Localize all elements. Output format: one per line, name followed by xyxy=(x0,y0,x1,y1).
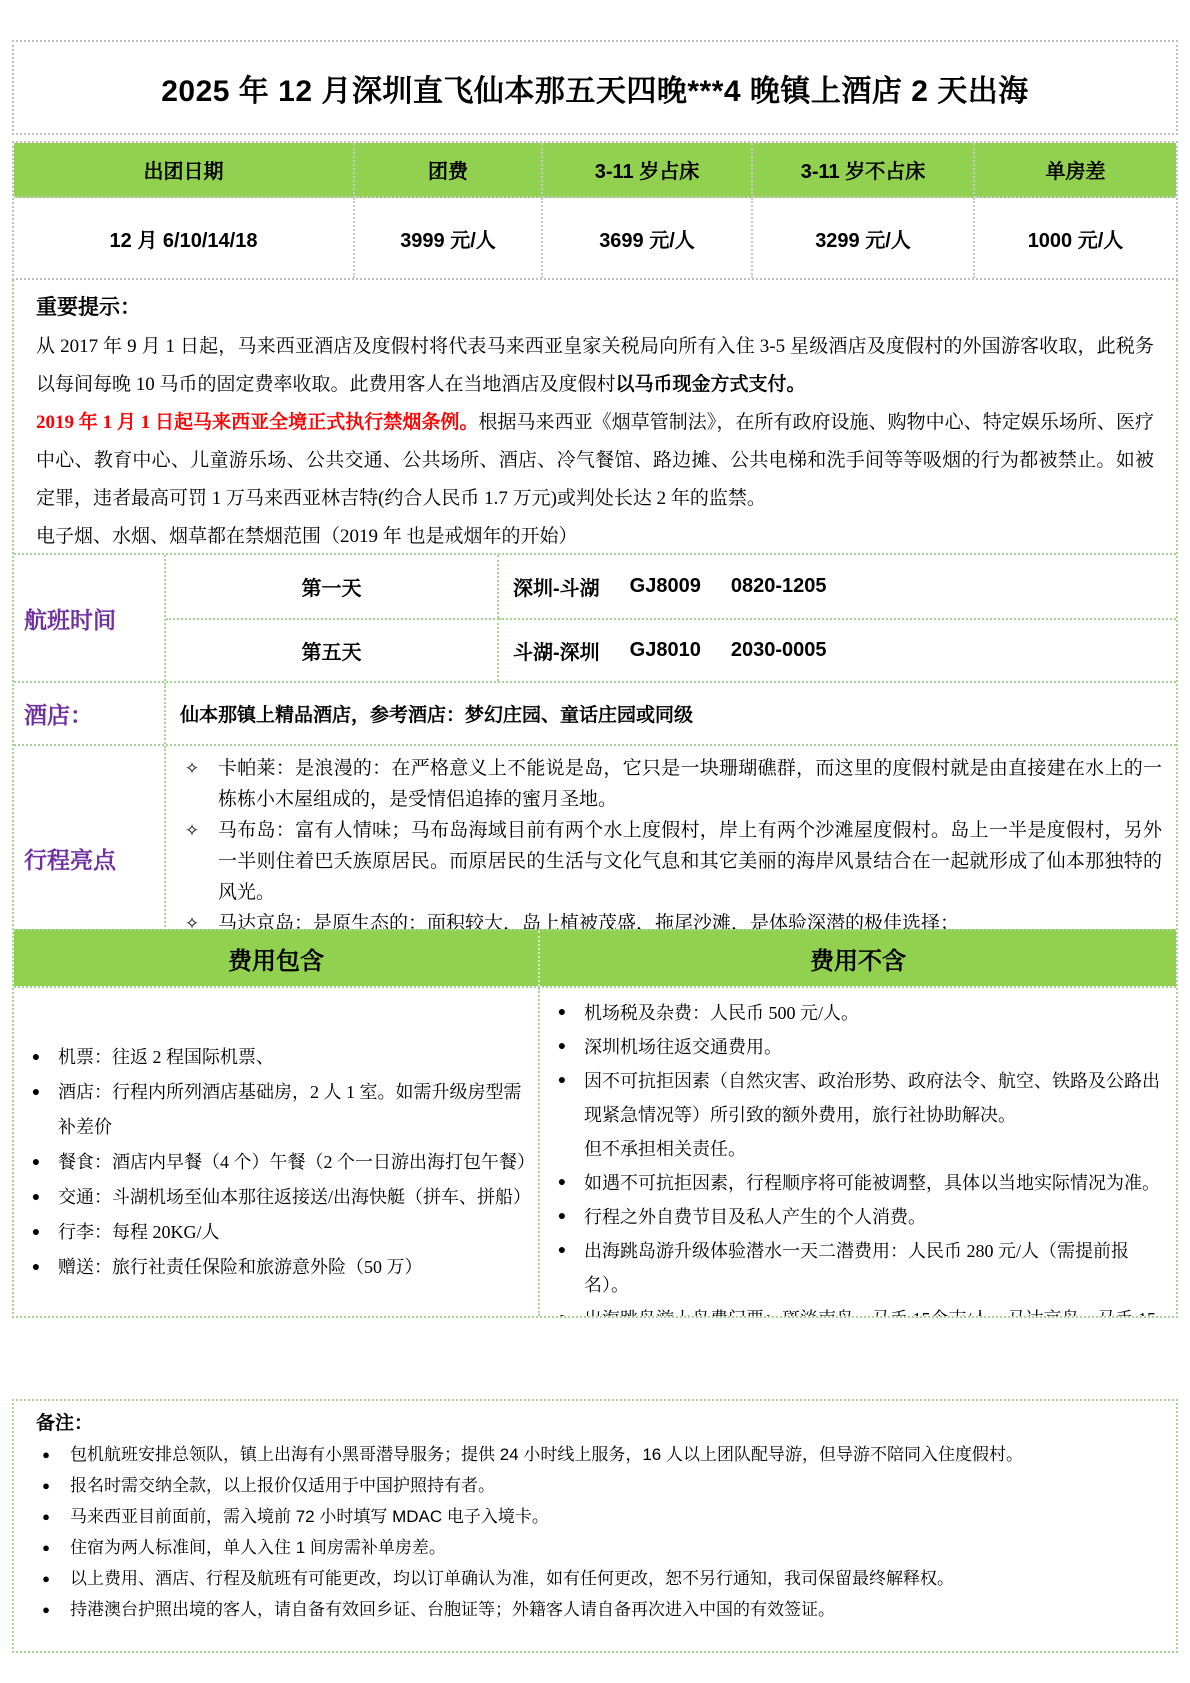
hotel-section: 酒店： 仙本那镇上精品酒店，参考酒店：梦幻庄园、童话庄园或同级 xyxy=(14,681,1176,744)
bullet-icon: ✧ xyxy=(166,815,218,908)
bullet-icon: ● xyxy=(14,1145,58,1180)
list-item-text: 因不可抗拒因素（自然灾害、政治形势、政府法令、航空、铁路及公路出现紧急情况等）所… xyxy=(584,1064,1176,1132)
cost-excluded-header: 费用不含 xyxy=(540,931,1176,986)
flight-time-5: 2030-0005 xyxy=(731,639,827,662)
list-item-text: 深圳机场往返交通费用。 xyxy=(584,1030,1176,1064)
flight-day-1: 第一天 xyxy=(166,555,499,618)
list-item: ●行李：每程 20KG/人 xyxy=(14,1215,538,1250)
notice-paragraph-tax: 从 2017 年 9 月 1 日起，马来西亚酒店及度假村将代表马来西亚皇家关税局… xyxy=(36,328,1154,404)
list-item-text: 餐食：酒店内早餐（4 个）午餐（2 个一日游出海打包午餐） xyxy=(58,1145,538,1180)
list-item: ✧马达京岛：是原生态的：面积较大，岛上植被茂盛，拖尾沙滩，是体验深潜的极佳选择； xyxy=(166,908,1176,929)
list-item: ●深圳机场往返交通费用。 xyxy=(540,1030,1176,1064)
list-item: ●行程之外自费节目及私人产生的个人消费。 xyxy=(540,1200,1176,1234)
price-value-departure-date: 12 月 6/10/14/18 xyxy=(14,198,355,278)
price-value-child-with-bed: 3699 元/人 xyxy=(543,198,753,278)
list-item-text: 马达京岛：是原生态的：面积较大，岛上植被茂盛，拖尾沙滩，是体验深潜的极佳选择； xyxy=(218,908,1176,929)
price-header-group-fee: 团费 xyxy=(355,143,543,198)
price-header-single-supplement: 单房差 xyxy=(975,143,1176,198)
flight-route-5: 斗湖-深圳 xyxy=(513,636,600,665)
bullet-icon: ● xyxy=(22,1439,70,1470)
title-box: 2025 年 12 月深圳直飞仙本那五天四晚***4 晚镇上酒店 2 天出海 xyxy=(12,40,1178,135)
price-value-group-fee: 3999 元/人 xyxy=(355,198,543,278)
bullet-icon: ● xyxy=(14,1075,58,1145)
list-item-text: 交通：斗湖机场至仙本那往返接送/出海快艇（拼车、拼船） xyxy=(58,1180,538,1215)
list-item-text: 如遇不可抗拒因素，行程顺序将可能被调整，具体以当地实际情况为准。 xyxy=(584,1166,1176,1200)
bullet-icon: ● xyxy=(540,1302,584,1316)
bullet-icon: ✧ xyxy=(166,753,218,815)
list-item-text: 赠送：旅行社责任保险和旅游意外险（50 万） xyxy=(58,1250,538,1285)
list-item-text: 包机航班安排总领队，镇上出海有小黑哥潜导服务；提供 24 小时线上服务，16 人… xyxy=(70,1439,1162,1470)
flight-times-section: 航班时间 第一天 深圳-斗湖 GJ8009 0820-1205 第五天 斗湖-深… xyxy=(14,553,1176,681)
list-item-text: 出海跳岛游升级体验潜水一天二潜费用：人民币 280 元/人（需提前报名）。 xyxy=(584,1234,1176,1302)
cost-included-header: 费用包含 xyxy=(14,931,540,986)
flight-route-1: 深圳-斗湖 xyxy=(513,572,600,601)
cost-body-row: ●机票：往返 2 程国际机票、●酒店：行程内所列酒店基础房，2 人 1 室。如需… xyxy=(14,986,1176,1316)
flight-times-label: 航班时间 xyxy=(24,602,116,635)
list-item: ●因不可抗拒因素（自然灾害、政治形势、政府法令、航空、铁路及公路出现紧急情况等）… xyxy=(540,1064,1176,1132)
bullet-icon: ● xyxy=(14,1040,58,1075)
list-item: ●出海跳岛游上岛费门票：斑淡南岛—马币 15令吉/人，马达京岛—马币 15 令吉… xyxy=(540,1302,1176,1316)
price-value-child-no-bed: 3299 元/人 xyxy=(753,198,975,278)
list-item: ●赠送：旅行社责任保险和旅游意外险（50 万） xyxy=(14,1250,538,1285)
list-item: ●住宿为两人标准间，单人入住 1 间房需补单房差。 xyxy=(22,1532,1162,1563)
list-item-text: 马布岛：富有人情味；马布岛海域目前有两个水上度假村，岸上有两个沙滩屋度假村。岛上… xyxy=(218,815,1176,908)
bullet-icon: ✧ xyxy=(166,908,218,929)
hotel-label: 酒店： xyxy=(24,697,93,730)
list-item: ●持港澳台护照出境的客人，请自备有效回乡证、台胞证等；外籍客人请自备再次进入中国… xyxy=(22,1594,1162,1625)
cost-included-list: ●机票：往返 2 程国际机票、●酒店：行程内所列酒店基础房，2 人 1 室。如需… xyxy=(14,988,540,1316)
list-item: ●机票：往返 2 程国际机票、 xyxy=(14,1040,538,1075)
page-title: 2025 年 12 月深圳直飞仙本那五天四晚***4 晚镇上酒店 2 天出海 xyxy=(161,66,1029,110)
cost-header-row: 费用包含 费用不含 xyxy=(14,929,1176,986)
flight-number-5: GJ8010 xyxy=(630,639,701,662)
notice-paragraph-smoking: 2019 年 1 月 1 日起马来西亚全境正式执行禁烟条例。根据马来西亚《烟草管… xyxy=(36,404,1154,518)
bullet-icon: ● xyxy=(22,1470,70,1501)
list-item-text: 机场税及杂费：人民币 500 元/人。 xyxy=(584,996,1176,1030)
flight-info-5: 斗湖-深圳 GJ8010 2030-0005 xyxy=(499,618,1176,681)
list-item: ●以上费用、酒店、行程及航班有可能更改，均以订单确认为准，如有任何更改，恕不另行… xyxy=(22,1563,1162,1594)
main-info-table: 重要提示： 从 2017 年 9 月 1 日起，马来西亚酒店及度假村将代表马来西… xyxy=(12,280,1178,1318)
important-notice-section: 重要提示： 从 2017 年 9 月 1 日起，马来西亚酒店及度假村将代表马来西… xyxy=(14,280,1176,553)
list-item: ●包机航班安排总领队，镇上出海有小黑哥潜导服务；提供 24 小时线上服务，16 … xyxy=(22,1439,1162,1470)
notice-smoking-red: 2019 年 1 月 1 日起马来西亚全境正式执行禁烟条例。 xyxy=(36,412,478,433)
list-item-text: 住宿为两人标准间，单人入住 1 间房需补单房差。 xyxy=(70,1532,1162,1563)
hotel-content: 仙本那镇上精品酒店，参考酒店：梦幻庄园、童话庄园或同级 xyxy=(166,683,1176,744)
list-item-text: 行李：每程 20KG/人 xyxy=(58,1215,538,1250)
bullet-icon: ● xyxy=(540,1234,584,1302)
list-item-text: 马来西亚目前面前，需入境前 72 小时填写 MDAC 电子入境卡。 xyxy=(70,1501,1162,1532)
document-sheet: 2025 年 12 月深圳直飞仙本那五天四晚***4 晚镇上酒店 2 天出海 出… xyxy=(12,40,1178,1653)
price-table: 出团日期 团费 3-11 岁占床 3-11 岁不占床 单房差 12 月 6/10… xyxy=(12,141,1178,280)
notice-tax-bold: 以马币现金方式支付。 xyxy=(616,374,806,395)
list-item: ●马来西亚目前面前，需入境前 72 小时填写 MDAC 电子入境卡。 xyxy=(22,1501,1162,1532)
list-item: ●酒店：行程内所列酒店基础房，2 人 1 室。如需升级房型需补差价 xyxy=(14,1075,538,1145)
list-item-text: 酒店：行程内所列酒店基础房，2 人 1 室。如需升级房型需补差价 xyxy=(58,1075,538,1145)
remarks-list: ●包机航班安排总领队，镇上出海有小黑哥潜导服务；提供 24 小时线上服务，16 … xyxy=(22,1439,1162,1625)
bullet-icon: ● xyxy=(22,1532,70,1563)
bullet-icon: ● xyxy=(540,1200,584,1234)
list-item: ●交通：斗湖机场至仙本那往返接送/出海快艇（拼车、拼船） xyxy=(14,1180,538,1215)
highlights-label: 行程亮点 xyxy=(24,842,116,875)
flight-info-1: 深圳-斗湖 GJ8009 0820-1205 xyxy=(499,555,1176,618)
hotel-label-cell: 酒店： xyxy=(14,683,166,744)
list-item: ●出海跳岛游升级体验潜水一天二潜费用：人民币 280 元/人（需提前报名）。 xyxy=(540,1234,1176,1302)
flight-day-5: 第五天 xyxy=(166,618,499,681)
highlights-label-cell: 行程亮点 xyxy=(14,746,166,929)
list-item: 但不承担相关责任。 xyxy=(540,1132,1176,1166)
bullet-icon: ● xyxy=(22,1594,70,1625)
list-item-text: 机票：往返 2 程国际机票、 xyxy=(58,1040,538,1075)
notice-tax-text: 从 2017 年 9 月 1 日起，马来西亚酒店及度假村将代表马来西亚皇家关税局… xyxy=(36,336,1154,395)
list-item-text: 报名时需交纳全款，以上报价仅适用于中国护照持有者。 xyxy=(70,1470,1162,1501)
price-value-single-supplement: 1000 元/人 xyxy=(975,198,1176,278)
bullet-icon: ● xyxy=(14,1215,58,1250)
flight-times-label-cell: 航班时间 xyxy=(14,555,166,681)
remarks-box: 备注： ●包机航班安排总领队，镇上出海有小黑哥潜导服务；提供 24 小时线上服务… xyxy=(12,1399,1178,1653)
list-item-text: 但不承担相关责任。 xyxy=(584,1132,1176,1166)
cost-excluded-list: ●机场税及杂费：人民币 500 元/人。●深圳机场往返交通费用。●因不可抗拒因素… xyxy=(540,988,1176,1316)
price-header-departure-date: 出团日期 xyxy=(14,143,355,198)
list-item: ●机场税及杂费：人民币 500 元/人。 xyxy=(540,996,1176,1030)
bullet-icon: ● xyxy=(22,1563,70,1594)
bullet-icon: ● xyxy=(540,1064,584,1132)
list-item: ●如遇不可抗拒因素，行程顺序将可能被调整，具体以当地实际情况为准。 xyxy=(540,1166,1176,1200)
remarks-title: 备注： xyxy=(22,1409,1162,1439)
bullet-icon: ● xyxy=(14,1250,58,1285)
list-item: ●餐食：酒店内早餐（4 个）午餐（2 个一日游出海打包午餐） xyxy=(14,1145,538,1180)
list-item-text: 以上费用、酒店、行程及航班有可能更改，均以订单确认为准，如有任何更改，恕不另行通… xyxy=(70,1563,1162,1594)
list-item: ●报名时需交纳全款，以上报价仅适用于中国护照持有者。 xyxy=(22,1470,1162,1501)
highlights-section: 行程亮点 ✧卡帕莱：是浪漫的：在严格意义上不能说是岛，它只是一块珊瑚礁群，而这里… xyxy=(14,744,1176,929)
bullet-icon: ● xyxy=(540,1030,584,1064)
bullet-icon: ● xyxy=(22,1501,70,1532)
price-header-child-with-bed: 3-11 岁占床 xyxy=(543,143,753,198)
list-item-text: 卡帕莱：是浪漫的：在严格意义上不能说是岛，它只是一块珊瑚礁群，而这里的度假村就是… xyxy=(218,753,1176,815)
bullet-icon: ● xyxy=(540,996,584,1030)
flight-time-1: 0820-1205 xyxy=(731,575,827,598)
price-header-child-no-bed: 3-11 岁不占床 xyxy=(753,143,975,198)
list-item-text: 行程之外自费节目及私人产生的个人消费。 xyxy=(584,1200,1176,1234)
list-item-text: 出海跳岛游上岛费门票：斑淡南岛—马币 15令吉/人，马达京岛—马币 15 令吉/… xyxy=(584,1302,1176,1316)
notice-paragraph-ecig: 电子烟、水烟、烟草都在禁烟范围（2019 年 也是戒烟年的开始） xyxy=(36,518,1154,553)
list-item: ✧马布岛：富有人情味；马布岛海域目前有两个水上度假村，岸上有两个沙滩屋度假村。岛… xyxy=(166,815,1176,908)
flight-number-1: GJ8009 xyxy=(630,575,701,598)
bullet-icon: ● xyxy=(540,1166,584,1200)
notice-title: 重要提示： xyxy=(36,288,1154,328)
highlights-list: ✧卡帕莱：是浪漫的：在严格意义上不能说是岛，它只是一块珊瑚礁群，而这里的度假村就… xyxy=(166,746,1176,929)
travel-itinerary-document: { "page": { "title": "2025 年 12 月深圳直飞仙本那… xyxy=(0,0,1190,1683)
list-item: ✧卡帕莱：是浪漫的：在严格意义上不能说是岛，它只是一块珊瑚礁群，而这里的度假村就… xyxy=(166,753,1176,815)
list-item-text: 持港澳台护照出境的客人，请自备有效回乡证、台胞证等；外籍客人请自备再次进入中国的… xyxy=(70,1594,1162,1625)
bullet-icon: ● xyxy=(14,1180,58,1215)
